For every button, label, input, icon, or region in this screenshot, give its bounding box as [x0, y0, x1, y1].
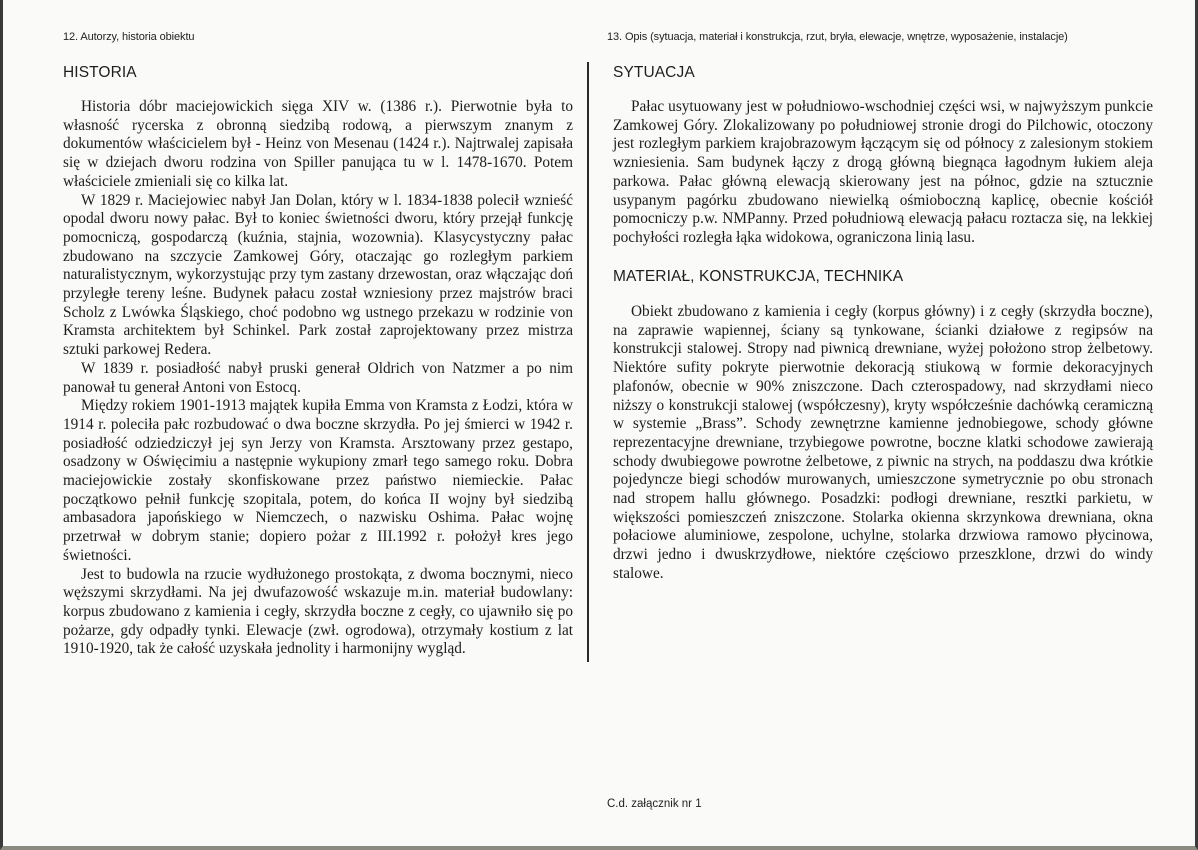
material-paragraph: Obiekt zbudowano z kamienia i cegły (kor… — [613, 303, 1153, 584]
historia-paragraph: Historia dóbr maciejowickich sięga XIV w… — [63, 98, 573, 192]
historia-body: Historia dóbr maciejowickich sięga XIV w… — [63, 98, 573, 659]
section-title-material: MATERIAŁ, KONSTRUKCJA, TECHNIKA — [613, 268, 903, 286]
document-page: 12. Autorzy, historia obiektu HISTORIA H… — [0, 0, 1198, 850]
material-body: Obiekt zbudowano z kamienia i cegły (kor… — [613, 303, 1153, 584]
right-column-header: 13. Opis (sytuacja, materiał i konstrukc… — [607, 31, 1068, 43]
sytuacja-body: Pałac usytuowany jest w południowo-wscho… — [613, 98, 1153, 248]
historia-paragraph: W 1839 r. posiadłość nabył pruski genera… — [63, 360, 573, 397]
column-divider — [587, 62, 589, 662]
sytuacja-paragraph: Pałac usytuowany jest w południowo-wscho… — [613, 98, 1153, 248]
historia-paragraph: W 1829 r. Maciejowiec nabył Jan Dolan, k… — [63, 192, 573, 360]
page-footer: C.d. załącznik nr 1 — [607, 798, 702, 810]
historia-paragraph: Jest to budowla na rzucie wydłużonego pr… — [63, 566, 573, 660]
left-column-header: 12. Autorzy, historia obiektu — [63, 31, 194, 43]
section-title-sytuacja: SYTUACJA — [613, 64, 695, 82]
section-title-historia: HISTORIA — [63, 64, 137, 82]
historia-paragraph: Między rokiem 1901-1913 majątek kupiła E… — [63, 397, 573, 565]
